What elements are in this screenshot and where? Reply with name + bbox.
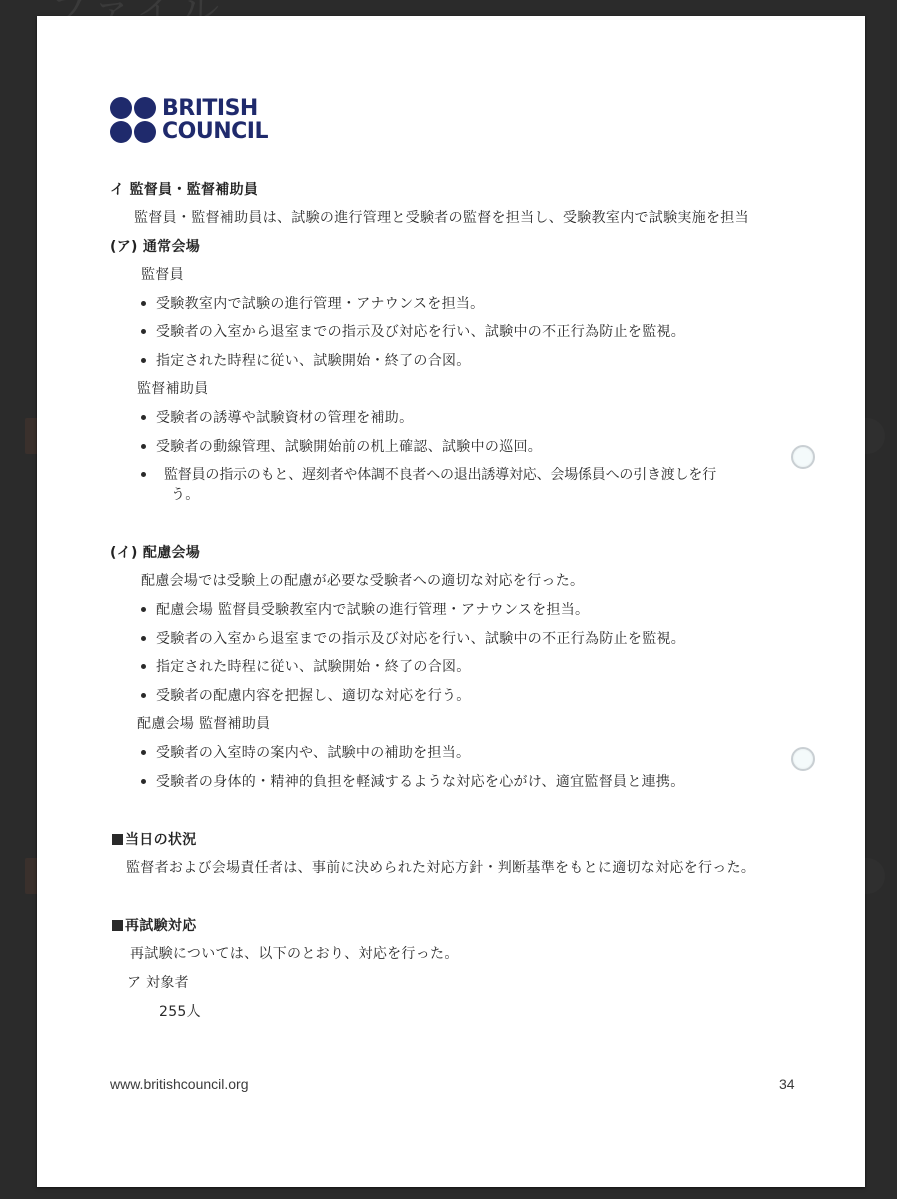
list-item: 指定された時程に従い、試験開始・終了の合図。	[141, 352, 471, 370]
list-item: 受験者の動線管理、試験開始前の机上確認、試験中の巡回。	[141, 438, 542, 456]
list-item-continuation: う。	[171, 486, 200, 504]
list-item: 受験者の誘導や試験資材の管理を補助。	[141, 409, 413, 427]
retest-heading: 再試験対応	[112, 917, 197, 935]
bullet-icon	[141, 358, 146, 363]
special-venue-heading: (イ) 配慮会場	[110, 544, 200, 562]
retest-target-value: 255人	[159, 1003, 201, 1021]
footer-url: www.britishcouncil.org	[110, 1076, 249, 1092]
bullet-icon	[141, 664, 146, 669]
logo-line-2: COUNCIL	[162, 120, 268, 143]
next-page-button[interactable]	[865, 418, 885, 454]
normal-venue-heading: (ア) 通常会場	[110, 238, 200, 256]
proctor-label: 監督員	[141, 266, 184, 284]
list-item: 受験者の配慮内容を把握し、適切な対応を行う。	[141, 687, 471, 705]
assistant-label: 監督補助員	[137, 380, 209, 398]
next-page-button-lower[interactable]	[865, 858, 885, 894]
list-item: 受験教室内で試験の進行管理・アナウンスを担当。	[141, 295, 484, 313]
list-item: 受験者の入室から退室までの指示及び対応を行い、試験中の不正行為防止を監視。	[141, 323, 685, 341]
square-bullet-icon	[112, 920, 123, 931]
british-council-logo: BRITISH COUNCIL	[110, 97, 268, 143]
bullet-icon	[141, 301, 146, 306]
day-status-body: 監督者および会場責任者は、事前に決められた対応方針・判断基準をもとに適切な対応を…	[126, 859, 755, 877]
section-i-heading: イ 監督員・監督補助員	[110, 181, 258, 199]
bullet-icon	[141, 750, 146, 755]
list-item: 監督員の指示のもと、遅刻者や体調不良者への退出誘導対応、会場係員への引き渡しを行	[141, 466, 716, 484]
retest-target-label: ア 対象者	[127, 974, 189, 992]
list-item: 配慮会場 監督員受験教室内で試験の進行管理・アナウンスを担当。	[141, 601, 589, 619]
bullet-icon	[141, 693, 146, 698]
binder-hole-icon	[791, 747, 815, 771]
list-item: 受験者の身体的・精神的負担を軽減するような対応を心がけ、適宜監督員と連携。	[141, 773, 685, 791]
day-status-heading: 当日の状況	[112, 831, 197, 849]
section-i-intro: 監督員・監督補助員は、試験の進行管理と受験者の監督を担当し、受験教室内で試験実施…	[134, 209, 749, 227]
square-bullet-icon	[112, 834, 123, 845]
logo-line-1: BRITISH	[162, 97, 268, 120]
list-item: 受験者の入室から退室までの指示及び対応を行い、試験中の不正行為防止を監視。	[141, 630, 685, 648]
special-assistant-label: 配慮会場 監督補助員	[137, 715, 270, 733]
bullet-icon	[141, 779, 146, 784]
list-item: 指定された時程に従い、試験開始・終了の合図。	[141, 658, 471, 676]
bullet-icon	[141, 636, 146, 641]
logo-dots-icon	[110, 97, 156, 143]
bullet-icon	[141, 415, 146, 420]
retest-body: 再試験については、以下のとおり、対応を行った。	[130, 945, 459, 963]
bullet-icon	[141, 472, 146, 477]
bullet-icon	[141, 607, 146, 612]
binder-hole-icon	[791, 445, 815, 469]
logo-wordmark: BRITISH COUNCIL	[162, 97, 268, 143]
bullet-icon	[141, 329, 146, 334]
list-item: 受験者の入室時の案内や、試験中の補助を担当。	[141, 744, 470, 762]
bullet-icon	[141, 444, 146, 449]
document-page: BRITISH COUNCIL イ 監督員・監督補助員 監督員・監督補助員は、試…	[37, 16, 865, 1187]
special-venue-intro: 配慮会場では受験上の配慮が必要な受験者への適切な対応を行った。	[141, 572, 584, 590]
page-number: 34	[779, 1076, 795, 1092]
